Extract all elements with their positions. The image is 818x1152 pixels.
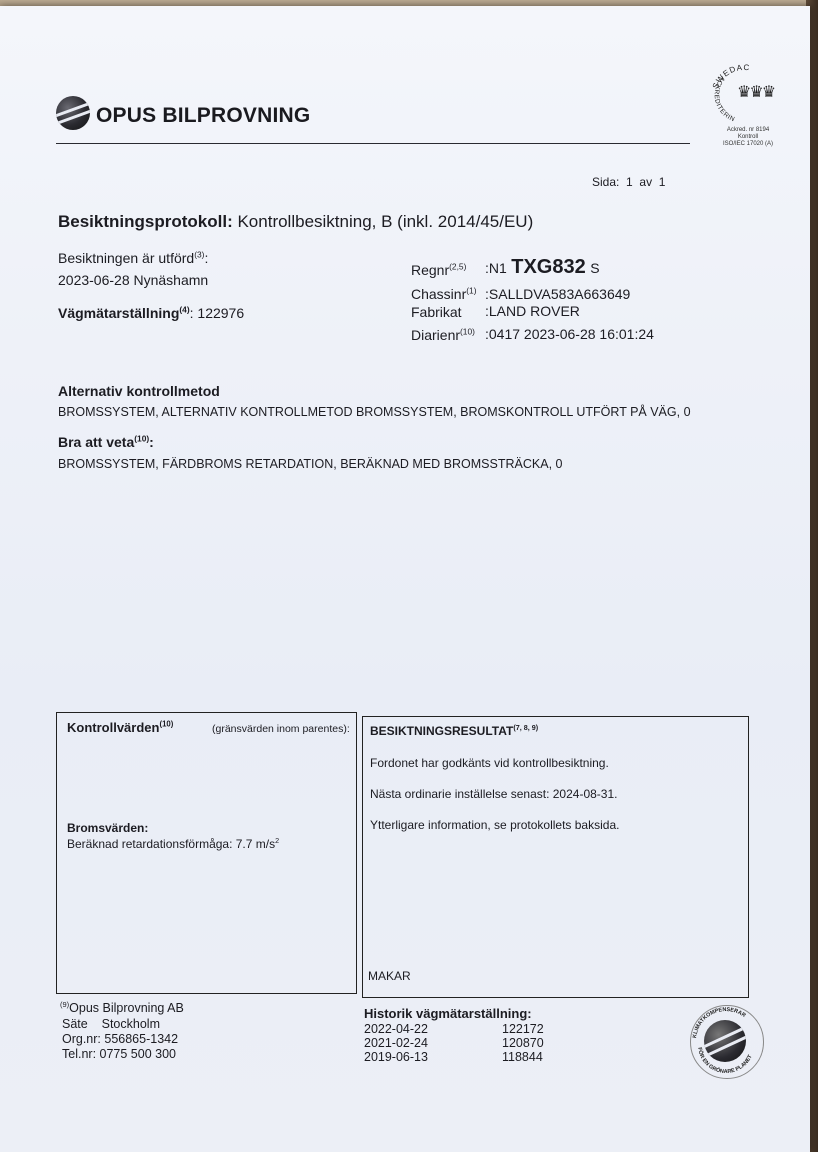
make-label: Fabrikat	[411, 304, 462, 320]
odometer-reading: Vägmätarställning(4): 122976	[58, 305, 244, 321]
chassis-label: Chassinr(1)	[411, 286, 477, 302]
company-org-number: Org.nr: 556865-1342	[62, 1032, 178, 1046]
accreditation-type: Kontroll	[708, 134, 788, 141]
result-next-inspection: Nästa ordinarie inställelse senast: 2024…	[370, 787, 617, 801]
diary-label: Diarienr(10)	[411, 327, 475, 343]
good-to-know-title: Bra att veta(10):	[58, 434, 154, 450]
registration-number: :N1 TXG832 S	[485, 256, 600, 279]
accreditation-standard: ISO/IEC 17020 (A)	[708, 141, 788, 148]
opus-globe-logo-icon	[56, 96, 90, 130]
good-to-know-text: BROMSSYSTEM, FÄRDBROMS RETARDATION, BERÄ…	[58, 457, 562, 471]
brake-values-text: Beräknad retardationsförmåga: 7.7 m/s2	[67, 837, 279, 851]
inspection-date-place: 2023-06-28 Nynäshamn	[58, 272, 208, 288]
company-name: (9)Opus Bilprovning AB	[60, 1001, 184, 1015]
result-more-info: Ytterligare information, se protokollets…	[370, 818, 619, 832]
climate-globe-icon	[704, 1020, 746, 1062]
history-row-value: 118844	[502, 1050, 543, 1064]
odometer-history-title: Historik vägmätarställning:	[364, 1006, 532, 1021]
protocol-title: Besiktningsprotokoll: Kontrollbesiktning…	[58, 212, 533, 232]
regnr-label: Regnr(2,5)	[411, 262, 466, 278]
history-row-date: 2019-06-13	[364, 1050, 428, 1064]
header-divider	[56, 143, 690, 144]
company-logo-text: OPUS BILPROVNING	[96, 104, 310, 128]
history-row-date: 2021-02-24	[364, 1036, 428, 1050]
vehicle-make: :LAND ROVER	[485, 303, 580, 319]
control-values-title: Kontrollvärden(10)	[67, 720, 173, 735]
three-crowns-icon: ♛♛♛	[737, 82, 774, 102]
chassis-number: :SALLDVA583A663649	[485, 286, 630, 302]
company-phone: Tel.nr: 0775 500 300	[62, 1047, 176, 1061]
history-row-value: 122172	[502, 1022, 544, 1036]
limits-note: (gränsvärden inom parentes):	[212, 723, 350, 735]
accreditation-number: Ackred. nr 8194	[708, 127, 788, 134]
inspector-signature: MAKAR	[368, 969, 411, 983]
performed-label: Besiktningen är utförd(3):	[58, 250, 208, 266]
page-indicator: Sida: 1 av 1	[592, 175, 665, 189]
alt-method-title: Alternativ kontrollmetod	[58, 383, 220, 399]
history-row-date: 2022-04-22	[364, 1022, 428, 1036]
history-row-value: 120870	[502, 1036, 544, 1050]
brake-values-title: Bromsvärden:	[67, 821, 148, 835]
alt-method-text: BROMSSYSTEM, ALTERNATIV KONTROLLMETOD BR…	[58, 405, 691, 419]
control-values-box	[56, 712, 357, 994]
result-title: BESIKTNINGSRESULTAT(7, 8, 9)	[370, 724, 538, 738]
result-approved: Fordonet har godkänts vid kontrollbesikt…	[370, 756, 609, 770]
company-seat: Säte Stockholm	[62, 1017, 160, 1031]
diary-number: :0417 2023-06-28 16:01:24	[485, 326, 654, 342]
